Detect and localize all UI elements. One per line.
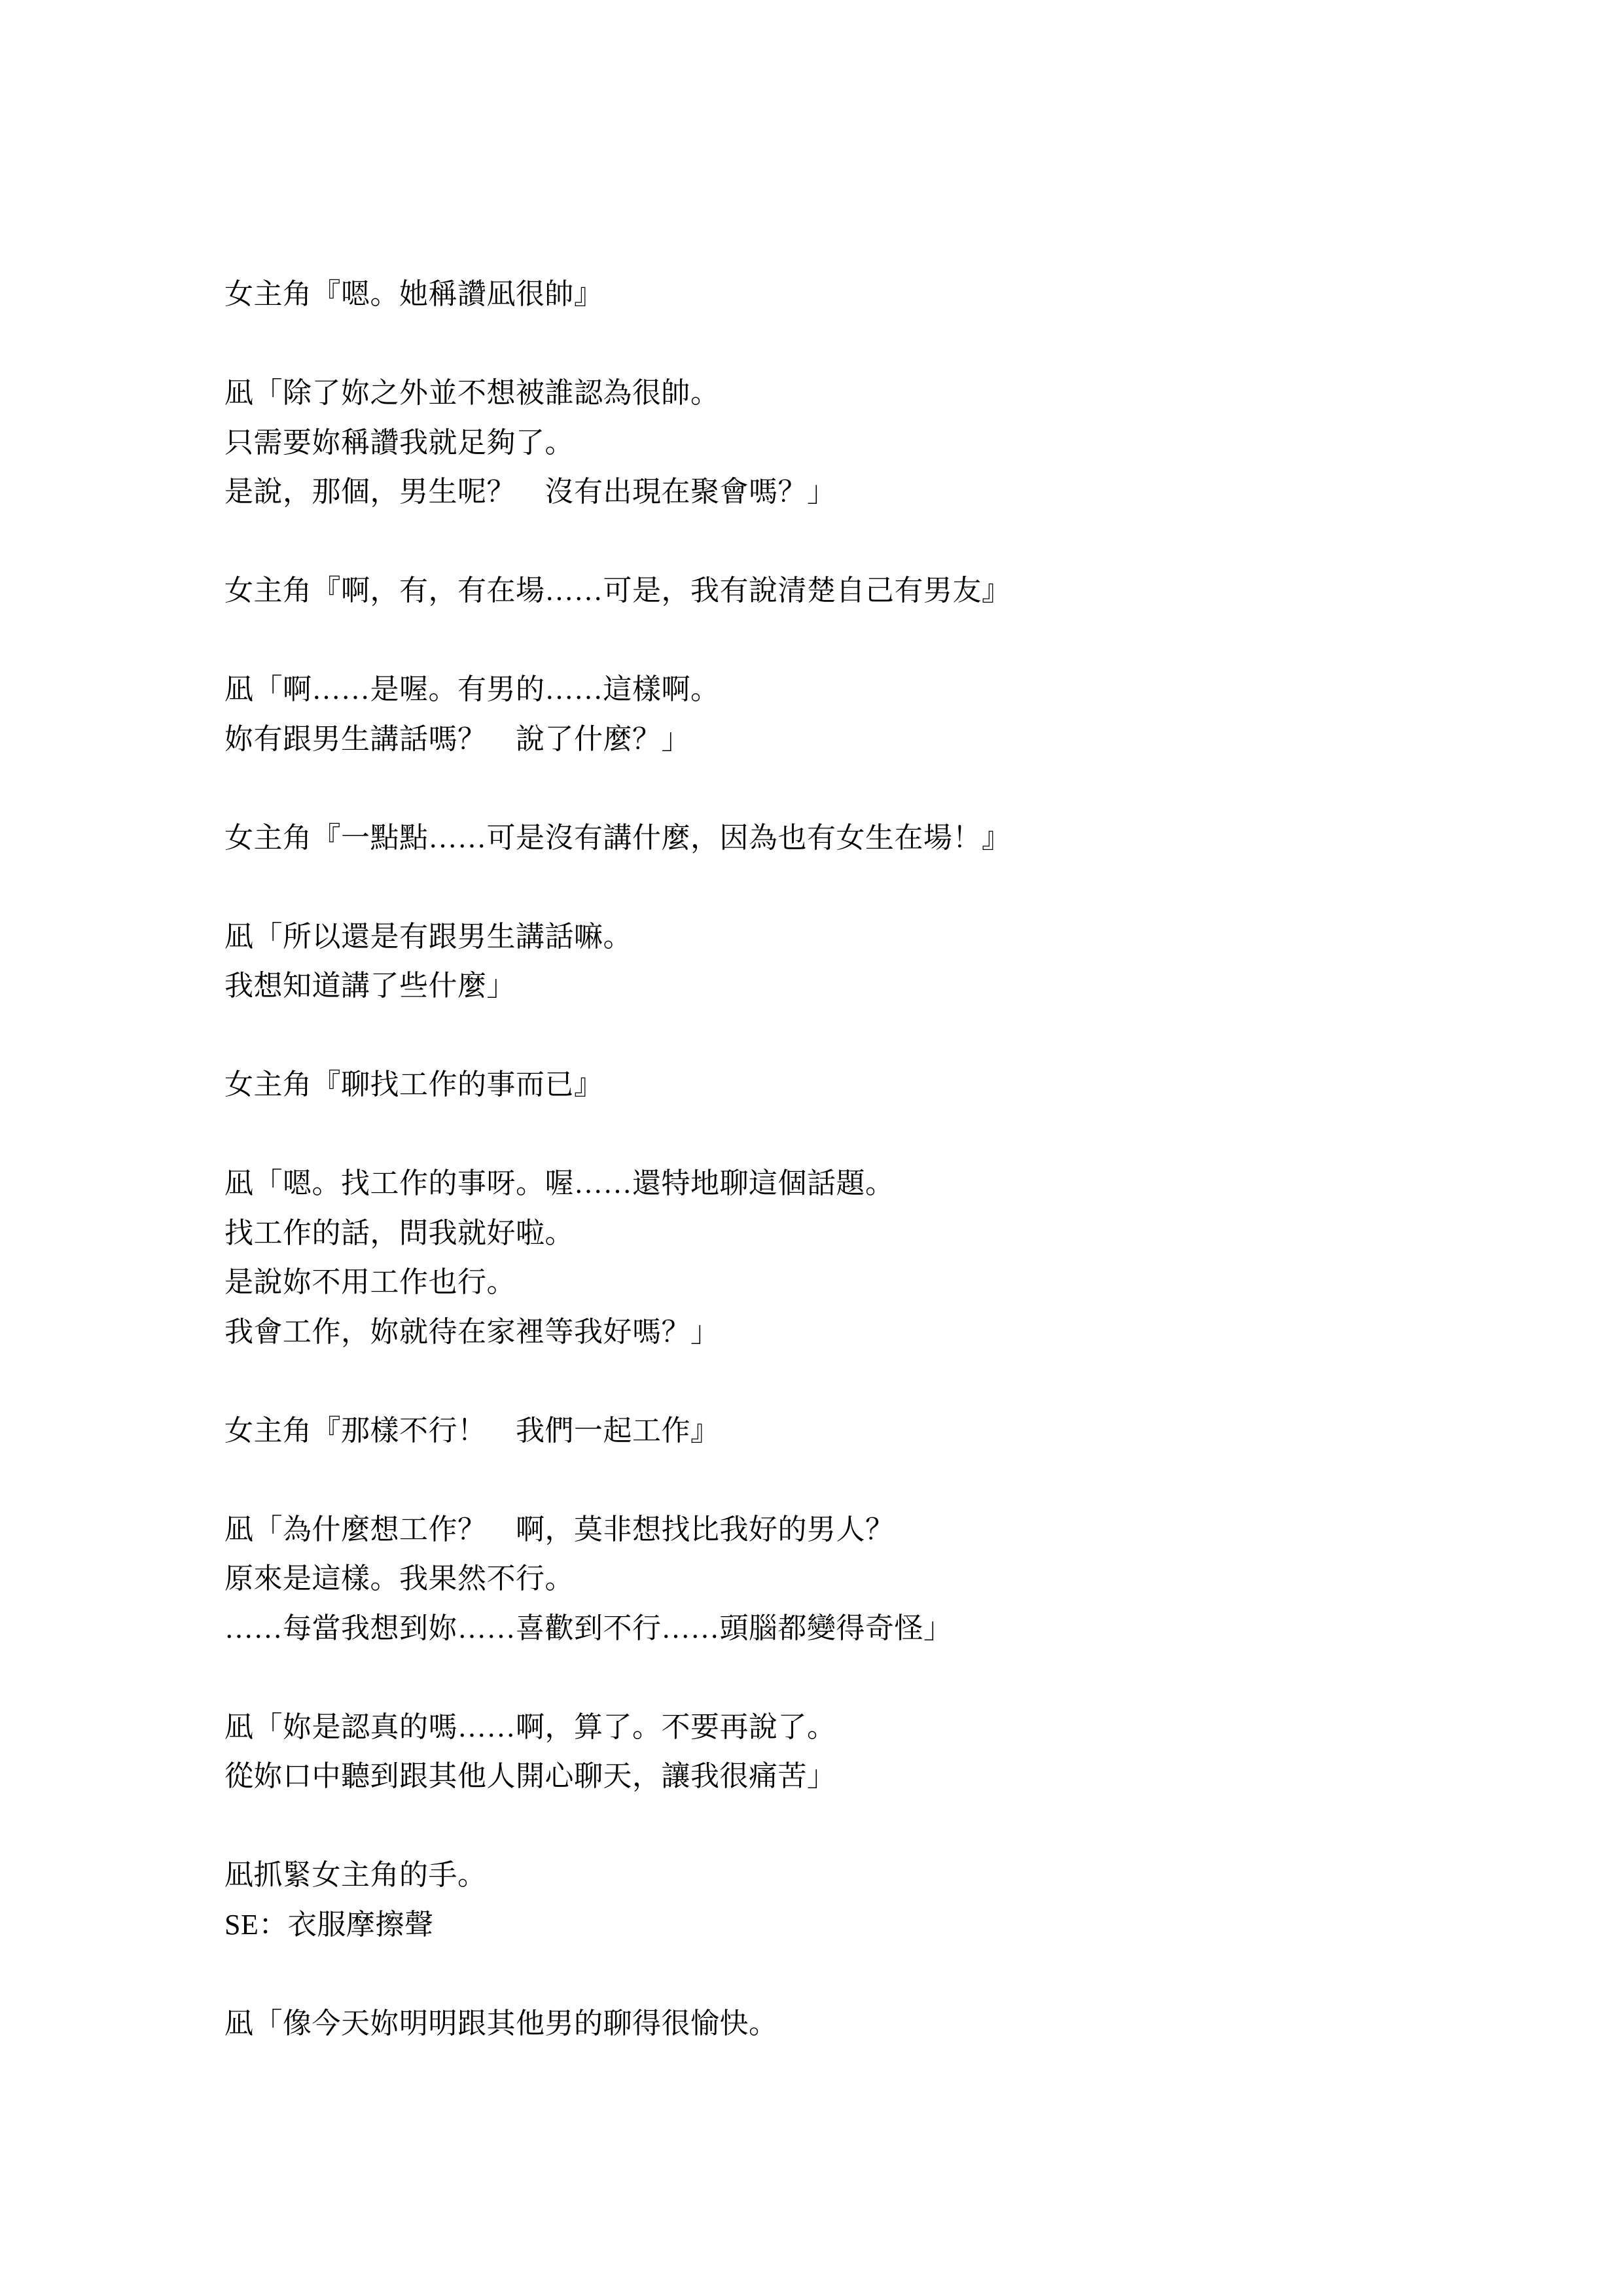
script-line: 我會工作，妳就待在家裡等我好嗎？」 xyxy=(224,1307,1544,1357)
paragraph: 凪「像今天妳明明跟其他男的聊得很愉快。 xyxy=(224,1999,1544,2049)
stage-direction-line: 凪抓緊女主角的手。 xyxy=(224,1850,1544,1900)
script-line: 是說，那個，男生呢？ 沒有出現在聚會嗎？」 xyxy=(224,467,1544,517)
paragraph: 女主角『一點點……可是沒有講什麼，因為也有女生在場！』 xyxy=(224,813,1544,863)
script-line: 原來是這樣。我果然不行。 xyxy=(224,1554,1544,1604)
script-line: 凪「為什麼想工作？ 啊，莫非想找比我好的男人？ xyxy=(224,1505,1544,1555)
paragraph: 凪「所以還是有跟男生講話嘛。 我想知道講了些什麼」 xyxy=(224,912,1544,1011)
paragraph: 女主角『嗯。她稱讚凪很帥』 xyxy=(224,270,1544,319)
sound-effect-line: SE：衣服摩擦聲 xyxy=(224,1900,1544,1950)
script-line: 女主角『啊，有，有在場……可是，我有說清楚自己有男友』 xyxy=(224,566,1544,616)
paragraph: 凪「妳是認真的嗎……啊，算了。不要再說了。 從妳口中聽到跟其他人開心聊天，讓我很… xyxy=(224,1703,1544,1801)
document-page: 女主角『嗯。她稱讚凪很帥』 凪「除了妳之外並不想被誰認為很帥。 只需要妳稱讚我就… xyxy=(0,0,1623,2296)
script-line: 女主角『一點點……可是沒有講什麼，因為也有女生在場！』 xyxy=(224,813,1544,863)
paragraph: 凪「嗯。找工作的事呀。喔……還特地聊這個話題。 找工作的話，問我就好啦。 是說妳… xyxy=(224,1159,1544,1356)
paragraph: 女主角『那樣不行！ 我們一起工作』 xyxy=(224,1406,1544,1456)
paragraph: 女主角『聊找工作的事而已』 xyxy=(224,1060,1544,1110)
script-line: 只需要妳稱讚我就足夠了。 xyxy=(224,418,1544,468)
paragraph: 凪「啊……是喔。有男的……這樣啊。 妳有跟男生講話嗎？ 說了什麼？」 xyxy=(224,665,1544,764)
script-line: ……每當我想到妳……喜歡到不行……頭腦都變得奇怪」 xyxy=(224,1604,1544,1653)
script-line: 是說妳不用工作也行。 xyxy=(224,1258,1544,1307)
script-line: 凪「除了妳之外並不想被誰認為很帥。 xyxy=(224,368,1544,418)
script-line: 我想知道講了些什麼」 xyxy=(224,961,1544,1011)
paragraph: 凪「除了妳之外並不想被誰認為很帥。 只需要妳稱讚我就足夠了。 是說，那個，男生呢… xyxy=(224,368,1544,517)
script-line: 女主角『聊找工作的事而已』 xyxy=(224,1060,1544,1110)
script-line: 凪「像今天妳明明跟其他男的聊得很愉快。 xyxy=(224,1999,1544,2049)
script-line: 找工作的話，問我就好啦。 xyxy=(224,1209,1544,1258)
script-line: 女主角『那樣不行！ 我們一起工作』 xyxy=(224,1406,1544,1456)
script-line: 妳有跟男生講話嗎？ 說了什麼？」 xyxy=(224,715,1544,764)
script-line: 凪「所以還是有跟男生講話嘛。 xyxy=(224,912,1544,962)
script-line: 凪「啊……是喔。有男的……這樣啊。 xyxy=(224,665,1544,715)
paragraph: 凪抓緊女主角的手。 SE：衣服摩擦聲 xyxy=(224,1850,1544,1949)
paragraph: 女主角『啊，有，有在場……可是，我有說清楚自己有男友』 xyxy=(224,566,1544,616)
script-line: 凪「妳是認真的嗎……啊，算了。不要再說了。 xyxy=(224,1703,1544,1752)
paragraph: 凪「為什麼想工作？ 啊，莫非想找比我好的男人？ 原來是這樣。我果然不行。 ……每… xyxy=(224,1505,1544,1653)
script-line: 女主角『嗯。她稱讚凪很帥』 xyxy=(224,270,1544,319)
script-text-block: 女主角『嗯。她稱讚凪很帥』 凪「除了妳之外並不想被誰認為很帥。 只需要妳稱讚我就… xyxy=(224,270,1544,2098)
script-line: 從妳口中聽到跟其他人開心聊天，讓我很痛苦」 xyxy=(224,1752,1544,1801)
script-line: 凪「嗯。找工作的事呀。喔……還特地聊這個話題。 xyxy=(224,1159,1544,1209)
